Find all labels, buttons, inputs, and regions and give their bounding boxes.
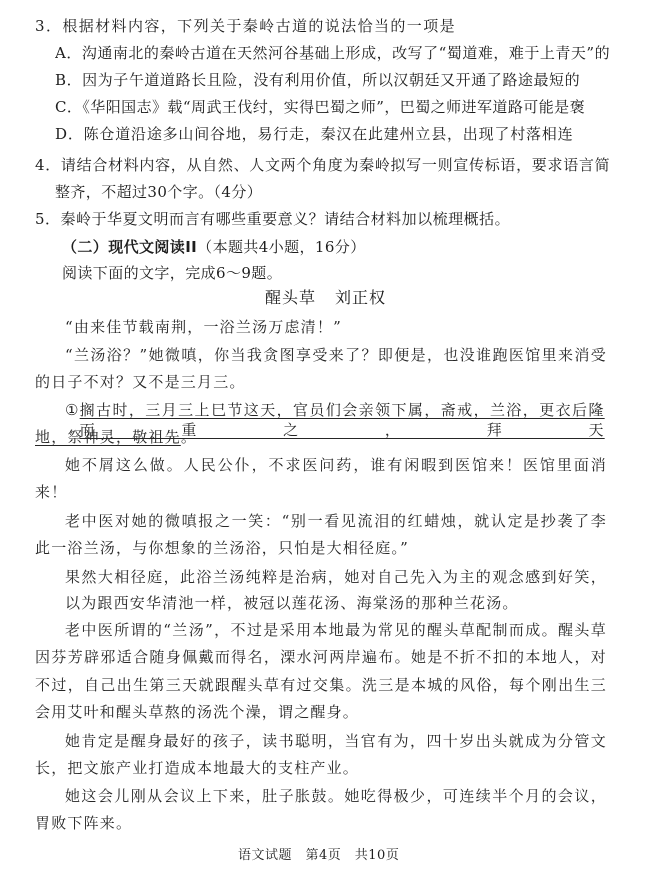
question-3-option-b: B．因为子午道道路长且险，没有利用价值，所以汉朝廷又开通了路途最短的傥骆道。 (55, 70, 580, 90)
section-instruction: 阅读下面的文字，完成6～9题。 (62, 263, 282, 283)
article-line: 她不屑这么做。人民公仆，不求医问药，谁有闲暇到医馆来！医馆里面消受，亏他想得出 (65, 455, 607, 475)
question-3-stem: 3．根据材料内容，下列关于秦岭古道的说法恰当的一项是（3分） (35, 16, 455, 36)
article-author: 刘正权 (335, 288, 386, 308)
article-line: 果然大相径庭，此浴兰汤纯粹是治病，她对自己先入为主的观念感到好笑，浅薄了不是！ (65, 567, 607, 587)
article-line: 老中医对她的微嗔报之一笑：“别一看见流泪的红蜡烛，就认定是抄袭了李商隐的那根， (65, 511, 607, 531)
question-3-option-d: D．陈仓道沿途多山间谷地，易行走，秦汉在此建州立县，出现了村落相连的景象。 (55, 124, 573, 144)
article-line: 胃败下阵来。 (35, 813, 132, 833)
underlined-sentence-part-2: 地，祭神灵，敬祖先 (35, 428, 181, 446)
paragraph-marker-1: ① (65, 401, 80, 419)
article-underlined-paragraph-end: 地，祭神灵，敬祖先。 (35, 427, 197, 447)
exam-page: 3．根据材料内容，下列关于秦岭古道的说法恰当的一项是（3分） A．沟通南北的秦岭… (0, 0, 646, 872)
question-4-line-1: 4．请结合材料内容，从自然、人文两个角度为秦岭拟写一则宣传标语，要求语言简练，句… (35, 155, 610, 175)
question-3-option-c: C．《华阳国志》载“周武王伐纣，实得巴蜀之师”，巴蜀之师进军道路可能是褒斜道。 (55, 97, 585, 117)
article-line: 长，把文旅产业打造成本地最大的支柱产业。 (35, 758, 359, 778)
article-line: “由来佳节载南荆，一浴兰汤万虑清！” (65, 317, 342, 337)
article-line: 的日子不对？又不是三月三。 (35, 372, 246, 392)
section-heading: （二）现代文阅读II（本题共4小题，16分） (62, 237, 366, 257)
sentence-period: 。 (181, 428, 197, 446)
article-line: 不过，自己出生第三天就跟醒头草有过交集。洗三是本城的风俗，每个刚出生三天的孩子，… (35, 675, 607, 695)
section-heading-title: （二）现代文阅读II (62, 238, 197, 256)
article-underlined-paragraph-start: ①搁古时，三月三上巳节这天，官员们会亲领下属，斋戒，兰浴，更衣后隆而重之，拜天 (65, 400, 607, 420)
article-line: 来！ (35, 482, 67, 502)
question-3-option-a: A．沟通南北的秦岭古道在天然河谷基础上形成，改写了“蜀道难，难于上青天”的历史。 (55, 43, 610, 63)
article-line: 此一浴兰汤，与你想象的兰汤浴，只怕是大相径庭。” (35, 538, 409, 558)
article-title: 醒头草 (265, 288, 316, 308)
article-line: 她这会儿刚从会议上下来，肚子胀鼓。她吃得极少，可连续半个月的会议，到底让她的肠 (65, 786, 607, 806)
article-line: 因芬芳辟邪适合随身佩戴而得名，溧水河两岸遍布。她是不折不扣的本地人，对醒头草再熟… (35, 647, 607, 667)
article-line: 老中医所谓的“兰汤”，不过是采用本地最为常见的醒头草配制而成。醒头草是菊科植物， (65, 620, 607, 640)
article-line: 会用艾叶和醒头草熬的汤洗个澡，谓之醒身。 (35, 702, 359, 722)
question-4-line-2: 整齐，不超过30个字。（4分） (55, 182, 262, 202)
article-line: 以为跟西安华清池一样，被冠以莲花汤、海棠汤的那种兰花汤。 (65, 593, 519, 613)
page-footer: 语文试题 第4页 共10页 (238, 846, 399, 866)
article-line: 她肯定是醒身最好的孩子，读书聪明，当官有为，四十岁出头就成为分管文化旅游的副市 (65, 731, 607, 751)
section-heading-note: （本题共4小题，16分） (197, 238, 365, 256)
article-line: “兰汤浴？”她微嗔，你当我贪图享受来了？即便是，也没谁跑医馆里来消受的。怪自己选 (65, 345, 607, 365)
question-5-stem: 5．秦岭于华夏文明而言有哪些重要意义？请结合材料加以梳理概括。（6分） (35, 209, 510, 229)
